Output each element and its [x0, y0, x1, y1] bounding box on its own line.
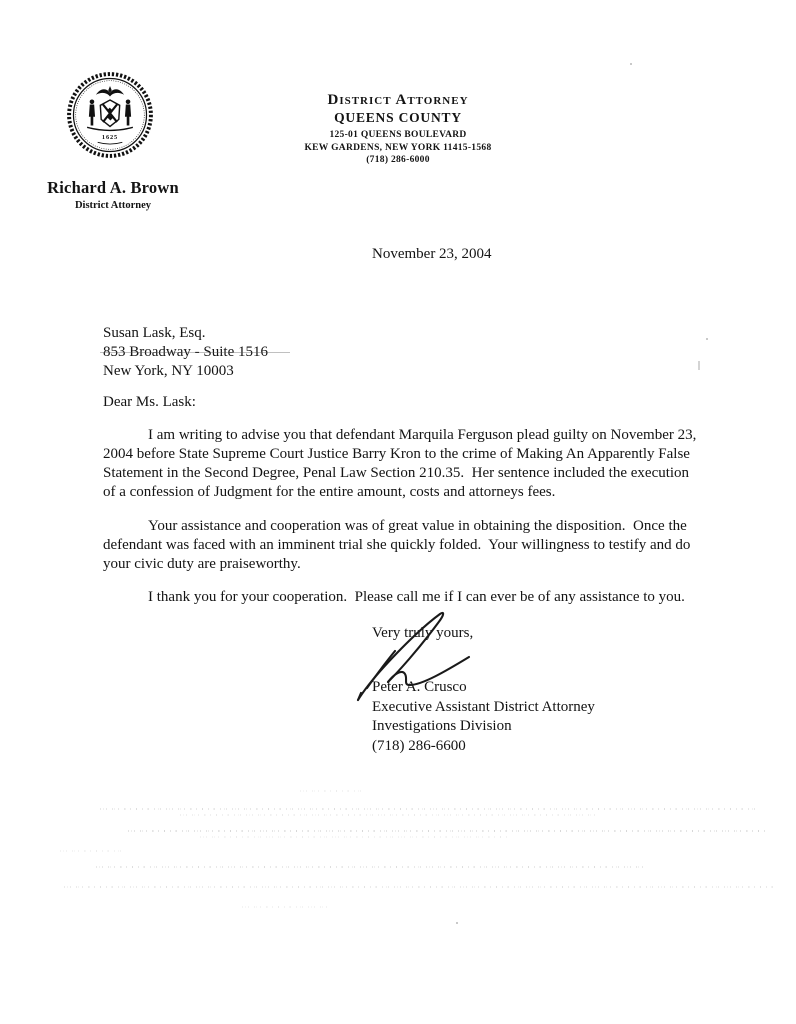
letter-body: November 23, 2004 Susan Lask, Esq. 853 B… [103, 245, 703, 756]
paragraph-1: I am writing to advise you that defendan… [103, 426, 703, 502]
paragraph-3: I thank you for your cooperation. Please… [103, 588, 703, 607]
scan-noise [96, 866, 644, 868]
letter-page: 1625 Richard A. Brown District Attorney … [0, 0, 796, 1024]
scan-noise [64, 886, 774, 888]
signer-division: Investigations Division [372, 717, 703, 737]
scan-noise [200, 836, 510, 838]
letterhead-office: District Attorney QUEENS COUNTY 125-01 Q… [288, 92, 508, 165]
scan-artifact-line [100, 352, 290, 353]
scan-noise [180, 814, 600, 816]
paragraph-2: Your assistance and cooperation was of g… [103, 517, 703, 574]
official-title: District Attorney [43, 200, 183, 211]
official-name: Richard A. Brown [43, 178, 183, 198]
recipient-city: New York, NY 10003 [103, 362, 703, 381]
recipient-name: Susan Lask, Esq. [103, 324, 703, 343]
scan-noise [60, 850, 126, 852]
office-address-line2: KEW GARDENS, NEW YORK 11415-1568 [288, 143, 508, 153]
office-phone: (718) 286-6000 [288, 155, 508, 165]
nyc-seal-icon: 1625 [66, 70, 154, 160]
signer-title: Executive Assistant District Attorney [372, 698, 703, 718]
salutation: Dear Ms. Lask: [103, 393, 703, 412]
scan-speck [456, 922, 458, 924]
signer-phone: (718) 286-6600 [372, 737, 703, 757]
office-title: District Attorney [288, 92, 508, 109]
signer-name: Peter A. Crusco [372, 678, 703, 698]
signature-block: Peter A. Crusco Executive Assistant Dist… [372, 678, 703, 756]
scan-noise [128, 830, 768, 832]
office-county: QUEENS COUNTY [288, 110, 508, 126]
scan-noise [300, 790, 364, 792]
scan-speck [706, 338, 708, 340]
scan-artifact-mark [698, 361, 700, 370]
scan-noise [242, 906, 330, 908]
seal-year: 1625 [102, 134, 118, 141]
office-address-line1: 125-01 QUEENS BOULEVARD [288, 130, 508, 140]
scan-noise [100, 808, 760, 810]
scan-speck [630, 63, 632, 65]
letterhead-official: Richard A. Brown District Attorney [43, 178, 183, 211]
letter-date: November 23, 2004 [372, 245, 703, 264]
recipient-address: Susan Lask, Esq. 853 Broadway - Suite 15… [103, 324, 703, 381]
closing: Very truly yours, [372, 624, 703, 643]
